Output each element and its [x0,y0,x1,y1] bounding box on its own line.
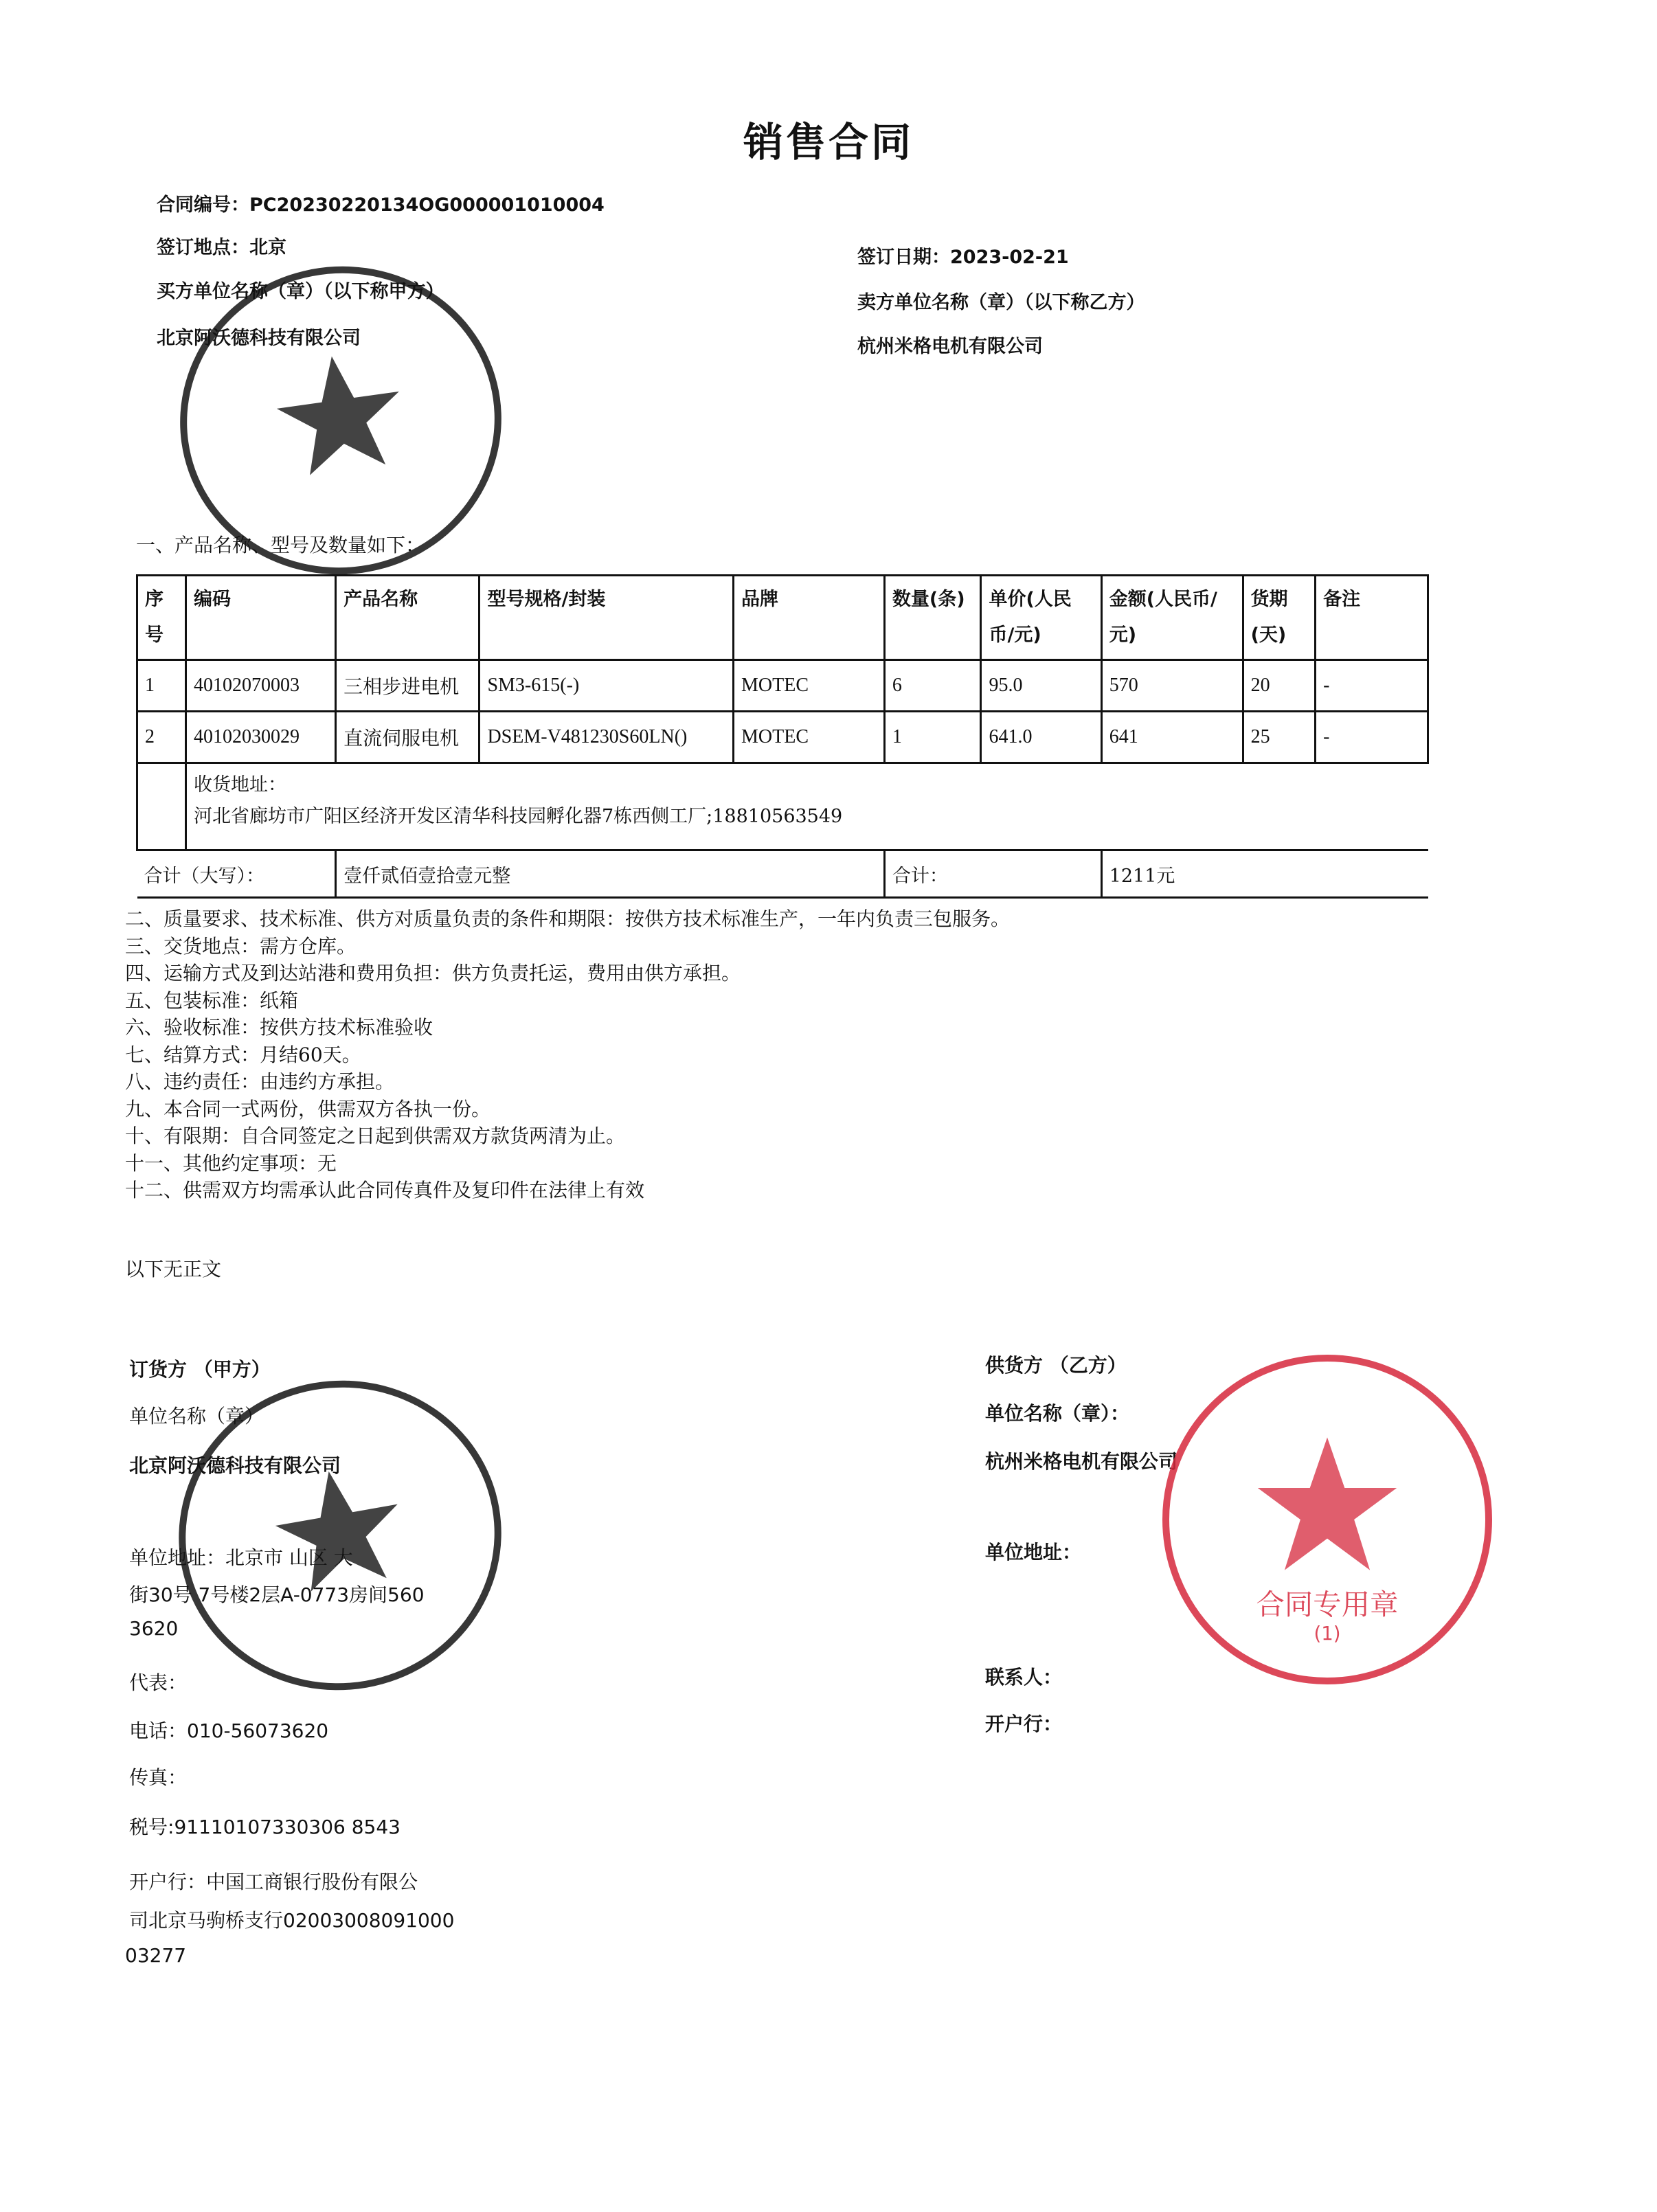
cell-brand: MOTEC [734,660,885,712]
cell-brand: MOTEC [734,712,885,763]
party-a-heading: 订货方 （甲方） [129,1355,271,1382]
clause-item: 十一、其他约定事项：无 [125,1150,1010,1177]
header-cell: 单价(人民币/元) [981,576,1101,660]
clause-item: 十、有限期：自合同签定之日起到供需双方款货两清为止。 [125,1122,1010,1150]
end-note: 以下无正文 [125,1254,221,1282]
party-a-phone-value: 010-56073620 [187,1719,328,1742]
party-a-bank-line3: 03277 [125,1944,186,1967]
header-cell: 产品名称 [336,576,480,660]
delivery-address-label: 收货地址： [194,769,1421,801]
svg-text:(1): (1) [1314,1622,1340,1645]
party-a-address-line3: 3620 [129,1617,178,1640]
cell-quantity: 6 [884,660,981,712]
svg-text:合同专用章: 合同专用章 [1256,1588,1399,1621]
buyer-stamp-top [160,246,521,596]
header-cell: 数量(条) [884,576,981,660]
sign-place-value: 北京 [249,237,286,258]
seller-label: 卖方单位名称（章）（以下称乙方） [857,287,1145,314]
header-cell: 品牌 [734,576,885,660]
header-cell: 型号规格/封装 [480,576,734,660]
clause-item: 三、交货地点：需方仓库。 [125,933,1010,960]
sign-date: 签订日期：2023-02-21 [857,242,1069,269]
cell-amount: 641 [1101,712,1243,763]
clause-item: 六、验收标准：按供方技术标准验收 [125,1014,1010,1041]
table-row: 1 40102070003 三相步进电机 SM3-615(-) MOTEC 6 … [137,660,1428,712]
clause-item: 九、本合同一式两份，供需双方各执一份。 [125,1096,1010,1123]
cell-lead-time: 20 [1243,660,1316,712]
party-a-phone: 电话：010-56073620 [129,1716,328,1743]
party-a-bank-line1: 开户行：中国工商银行股份有限公 [129,1867,418,1895]
buyer-stamp-bottom [154,1355,526,1716]
seller-stamp: 合同专用章 (1) [1162,1355,1492,1684]
delivery-address-value: 河北省廊坊市广阳区经济开发区清华科技园孵化器7栋西侧工厂;18810563549 [194,801,1421,833]
seller-name: 杭州米格电机有限公司 [857,331,1043,358]
header-cell: 金额(人民币/元) [1101,576,1243,660]
cell-remark: - [1316,712,1428,763]
total-value: 1211元 [1101,850,1428,898]
clause-item: 七、结算方式：月结60天。 [125,1041,1010,1069]
cell-model: DSEM-V481230S60LN() [480,712,734,763]
contract-number: 合同编号：PC20230220134OG000001010004 [157,190,605,216]
cell-remark: - [1316,660,1428,712]
total-upper-value: 壹仟贰佰壹拾壹元整 [336,850,885,898]
clause-item: 五、包装标准：纸箱 [125,987,1010,1015]
table-row: 2 40102030029 直流伺服电机 DSEM-V481230S60LN()… [137,712,1428,763]
party-a-fax-label: 传真： [129,1763,187,1790]
sign-date-value: 2023-02-21 [950,247,1069,268]
party-b-address-label: 单位地址： [985,1537,1081,1565]
total-label: 合计： [884,850,1101,898]
cell-amount: 570 [1101,660,1243,712]
cell-unit-price: 641.0 [981,712,1101,763]
star-icon: 合同专用章 (1) [1169,1362,1485,1678]
delivery-address-cell: 收货地址： 河北省廊坊市广阳区经济开发区清华科技园孵化器7栋西侧工厂;18810… [185,763,1428,850]
cell-code: 40102070003 [185,660,335,712]
clause-item: 二、质量要求、技术标准、供方对质量负责的条件和期限：按供方技术标准生产，一年内负… [125,905,1010,933]
sign-place-label: 签订地点： [157,237,249,258]
header-cell: 货期(天) [1243,576,1316,660]
party-b-unit-name-label: 单位名称（章）： [985,1399,1129,1426]
party-a-rep-label: 代表： [129,1668,187,1695]
total-upper-label: 合计（大写）： [137,850,336,898]
clause-item: 十二、供需双方均需承认此合同传真件及复印件在法律上有效 [125,1177,1010,1204]
cell-quantity: 1 [884,712,981,763]
party-b-heading: 供货方 （乙方） [985,1351,1127,1378]
table-header-row: 序号 编码 产品名称 型号规格/封装 品牌 数量(条) 单价(人民币/元) 金额… [137,576,1428,660]
clause-item: 八、违约责任：由违约方承担。 [125,1068,1010,1096]
sign-place: 签订地点：北京 [157,232,286,259]
party-b-unit-name: 杭州米格电机有限公司 [985,1447,1177,1474]
party-a-tax: 税号:91110107330306 8543 [129,1812,401,1840]
contract-number-value: PC20230220134OG000001010004 [249,194,605,216]
cell-product-name: 三相步进电机 [336,660,480,712]
star-icon [162,1363,518,1708]
items-table: 序号 编码 产品名称 型号规格/封装 品牌 数量(条) 单价(人民币/元) 金额… [136,574,1429,899]
cell-code: 40102030029 [185,712,335,763]
total-row: 合计（大写）： 壹仟贰佰壹拾壹元整 合计： 1211元 [137,850,1428,898]
contract-number-label: 合同编号： [157,194,249,216]
empty-cell [137,763,186,850]
cell-model: SM3-615(-) [480,660,734,712]
header-cell: 编码 [185,576,335,660]
clauses-list: 二、质量要求、技术标准、供方对质量负责的条件和期限：按供方技术标准生产，一年内负… [125,905,1010,1204]
party-a-tax-value: 91110107330306 8543 [174,1816,401,1838]
cell-unit-price: 95.0 [981,660,1101,712]
party-b-bank-label: 开户行： [985,1709,1062,1737]
cell-product-name: 直流伺服电机 [336,712,480,763]
party-a-bank-line2: 司北京马驹桥支行02003008091000 [129,1906,454,1933]
cell-index: 1 [137,660,186,712]
star-icon [168,253,513,587]
header-cell: 序号 [137,576,186,660]
delivery-address-row: 收货地址： 河北省廊坊市广阳区经济开发区清华科技园孵化器7栋西侧工厂;18810… [137,763,1428,850]
cell-lead-time: 25 [1243,712,1316,763]
sign-date-label: 签订日期： [857,247,950,268]
header-cell: 备注 [1316,576,1428,660]
party-b-contact-label: 联系人： [985,1662,1062,1690]
clause-item: 四、运输方式及到达站港和费用负担：供方负责托运，费用由供方承担。 [125,960,1010,987]
document-title: 销售合同 [0,110,1657,168]
cell-index: 2 [137,712,186,763]
